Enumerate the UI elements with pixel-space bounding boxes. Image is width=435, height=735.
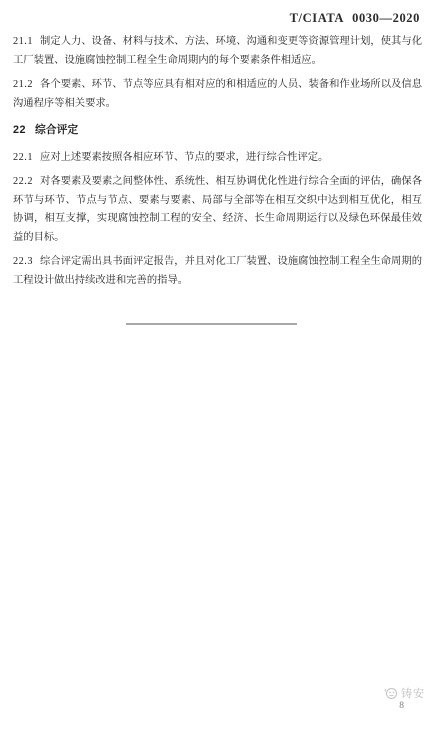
clause-number: 21.1 xyxy=(13,36,33,47)
clause-22-2: 22.2对各要素及要素之间整体性、系统性、相互协调优化性进行综合全面的评估，确保… xyxy=(13,173,422,247)
section-number: 22 xyxy=(13,124,26,136)
clause-21-1: 21.1制定人力、设备、材料与技术、方法、环境、沟通和变更等资源管理计划，使其与… xyxy=(13,33,422,70)
clause-number: 21.2 xyxy=(13,79,33,90)
clause-text: 应对上述要素按照各相应环节、节点的要求，进行综合性评定。 xyxy=(40,152,328,163)
clause-text: 制定人力、设备、材料与技术、方法、环境、沟通和变更等资源管理计划，使其与化工厂装… xyxy=(13,36,422,66)
clause-21-2: 21.2各个要素、环节、节点等应具有相对应的和相适应的人员、装备和作业场所以及信… xyxy=(13,76,422,113)
clause-22-3: 22.3综合评定需出具书面评定报告，并且对化工厂装置、设施腐蚀控制工程全生命周期… xyxy=(13,253,422,290)
clause-number: 22.1 xyxy=(13,152,33,163)
document-page: T/CIATA 0030—2020 21.1制定人力、设备、材料与技术、方法、环… xyxy=(0,0,435,735)
clause-22-1: 22.1应对上述要素按照各相应环节、节点的要求，进行综合性评定。 xyxy=(13,149,422,168)
section-title: 综合评定 xyxy=(35,124,78,136)
page-number: 8 xyxy=(399,701,404,711)
clause-text: 对各要素及要素之间整体性、系统性、相互协调优化性进行综合全面的评估，确保各环节与… xyxy=(13,176,422,243)
watermark: 铸安 xyxy=(384,685,425,701)
section-22-heading: 22综合评定 xyxy=(13,121,422,140)
doc-body: 21.1制定人力、设备、材料与技术、方法、环境、沟通和变更等资源管理计划，使其与… xyxy=(13,33,422,296)
clause-number: 22.3 xyxy=(13,256,33,267)
end-of-text-divider xyxy=(126,323,297,325)
clause-text: 各个要素、环节、节点等应具有相对应的和相适应的人员、装备和作业场所以及信息沟通程… xyxy=(13,79,422,109)
watermark-text: 铸安 xyxy=(401,685,425,701)
clause-text: 综合评定需出具书面评定报告，并且对化工厂装置、设施腐蚀控制工程全生命周期的工程设… xyxy=(13,256,422,286)
watermark-face-icon xyxy=(384,687,398,700)
doc-header-code: T/CIATA 0030—2020 xyxy=(290,11,420,26)
clause-number: 22.2 xyxy=(13,176,33,187)
